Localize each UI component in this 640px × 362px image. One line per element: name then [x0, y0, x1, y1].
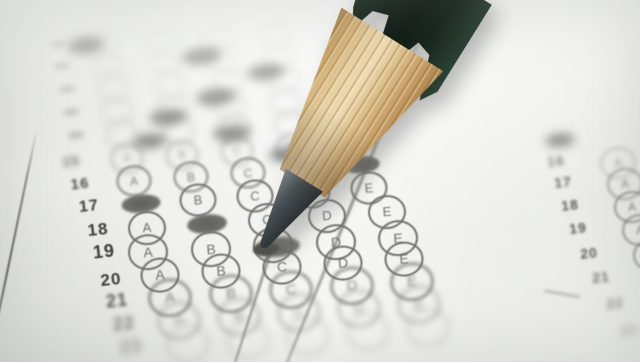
vignette	[0, 0, 640, 362]
answer-sheet-photo: 15ABCDE16ABCD17BCDE18ACDE19ABCDE20ABCDE2…	[0, 0, 640, 362]
